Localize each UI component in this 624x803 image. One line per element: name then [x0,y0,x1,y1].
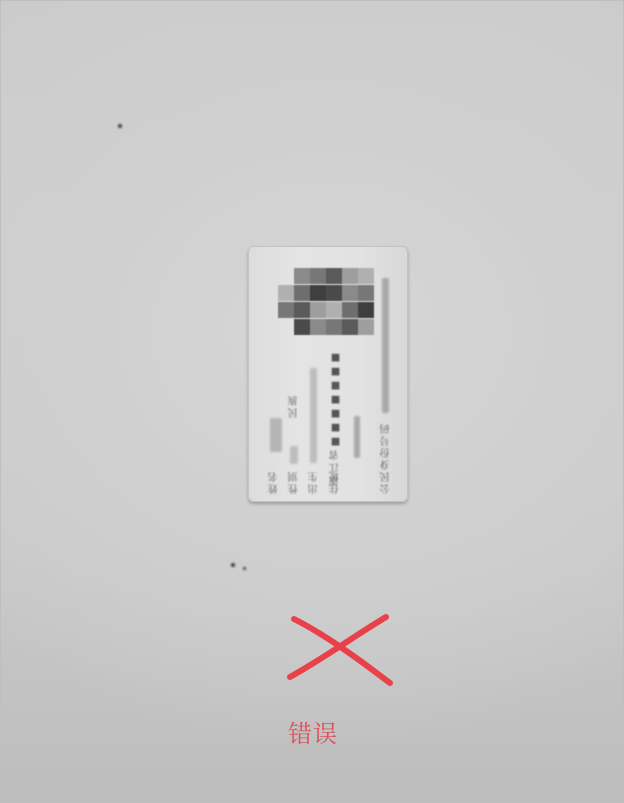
redacted-id-number [382,278,389,413]
mosaic-cell [310,319,326,335]
mosaic-cell [342,268,358,284]
red-x-icon [286,613,398,688]
dust-speck [231,563,235,567]
mosaic-cell [358,319,374,335]
mosaic-cell [278,302,294,318]
name-label: 姓名 [270,470,280,494]
mosaic-cell [342,319,358,335]
mosaic-cell [278,285,294,301]
address-value: 浙江省■■■■■■■ [331,349,341,486]
address-label: 住址 [331,470,341,494]
mosaic-cell [342,285,358,301]
mosaic-cell [358,302,374,318]
mosaic-cell [310,285,326,301]
mosaic-cell [294,302,310,318]
id-card: 公民身份号码 浙江省■■■■■■■ 住址 出生 性别 民族 姓名 [248,246,408,502]
mosaic-cell [358,285,374,301]
mosaic-cell [310,302,326,318]
redacted-birth [310,368,317,463]
mosaic-cell [326,302,342,318]
ethnicity-label: 民族 [290,394,300,418]
photo-background: 公民身份号码 浙江省■■■■■■■ 住址 出生 性别 民族 姓名 错误 [0,0,624,803]
mosaic-cell [294,319,310,335]
pixelated-portrait [278,268,373,338]
mosaic-cell [310,268,326,284]
mosaic-cell [358,268,374,284]
gender-label: 性别 [290,470,300,494]
mosaic-cell [326,268,342,284]
dust-speck [118,124,122,128]
redacted-address [354,416,360,458]
mosaic-cell [326,285,342,301]
redacted-name [270,418,282,452]
verdict-label: 错误 [1,714,624,749]
mosaic-cell [326,319,342,335]
redacted-gender [290,446,298,464]
birth-label: 出生 [310,470,320,494]
mosaic-cell [342,302,358,318]
mosaic-cell [294,268,310,284]
mosaic-cell [294,285,310,301]
citizen-id-label: 公民身份号码 [382,422,392,494]
dust-speck [243,567,246,570]
